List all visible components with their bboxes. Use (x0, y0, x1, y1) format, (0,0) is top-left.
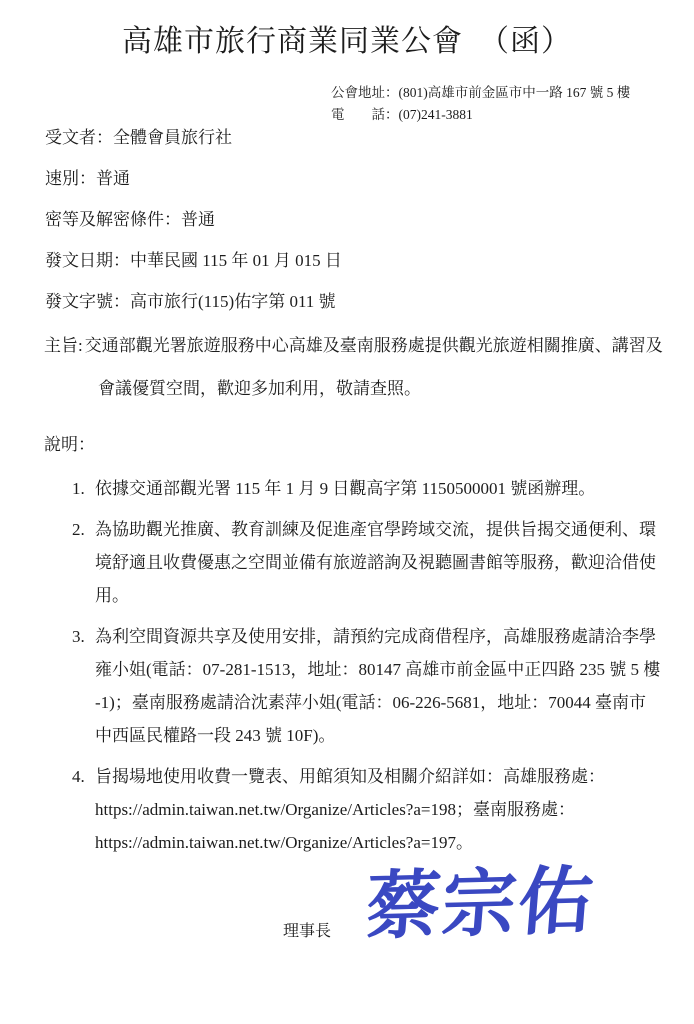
list-item-4: 4. 旨揭場地使用收費一覽表、用館須知及相關介紹詳如：高雄服務處： https:… (72, 760, 682, 859)
association-address: 公會地址：(801)高雄市前金區市中一路 167 號 5 樓 (331, 82, 694, 104)
list-item-3-line-2: 雍小姐(電話：07-281-1513，地址：80147 高雄市前金區中正四路 2… (95, 653, 682, 686)
association-phone: 電 話：(07)241-3881 (331, 104, 694, 126)
document-title: 高雄市旅行商業同業公會 （函） (0, 22, 694, 62)
chairman-signature: 蔡宗佑 (362, 846, 599, 964)
contact-block: 公會地址：(801)高雄市前金區市中一路 167 號 5 樓 電 話：(07)2… (331, 82, 694, 126)
list-item-3-line-3: -1)；臺南服務處請洽沈素萍小姐(電話：06-226-5681，地址：70044… (95, 686, 682, 719)
field-ref-number-label: 發文字號： (45, 292, 130, 311)
list-item-1: 1. 依據交通部觀光署 115 年 1 月 9 日觀高字第 1150500001… (72, 472, 682, 505)
subject-line-1: 主旨:交通部觀光署旅遊服務中心高雄及臺南服務處提供觀光旅遊相關推廣、講習及 (44, 333, 694, 359)
field-priority-value: 普通 (96, 169, 130, 188)
explanation-items: 1. 依據交通部觀光署 115 年 1 月 9 日觀高字第 1150500001… (0, 472, 694, 859)
field-recipient-value: 全體會員旅行社 (113, 128, 232, 147)
list-item-3-text: 為利空間資源共享及使用安排，請預約完成商借程序，高雄服務處請洽李學 雍小姐(電話… (95, 620, 682, 752)
field-recipient-label: 受文者： (45, 128, 113, 147)
list-item-1-line-1: 依據交通部觀光署 115 年 1 月 9 日觀高字第 1150500001 號函… (95, 472, 682, 505)
list-item-3-line-4: 中西區民權路一段 243 號 10F)。 (95, 719, 682, 752)
official-letter-page: 高雄市旅行商業同業公會 （函） 公會地址：(801)高雄市前金區市中一路 167… (0, 0, 694, 1024)
field-issue-date-label: 發文日期： (45, 251, 130, 270)
field-priority: 速別：普通 (45, 169, 694, 189)
field-priority-label: 速別： (45, 169, 96, 188)
field-security-label: 密等及解密條件： (45, 210, 181, 229)
field-security: 密等及解密條件：普通 (45, 210, 694, 230)
list-item-4-text: 旨揭場地使用收費一覽表、用館須知及相關介紹詳如：高雄服務處： https://a… (95, 760, 682, 859)
list-item-1-text: 依據交通部觀光署 115 年 1 月 9 日觀高字第 1150500001 號函… (95, 472, 682, 505)
explanation-label: 說明： (44, 432, 694, 458)
list-item-2-number: 2. (72, 513, 95, 546)
subject-label: 主旨: (44, 336, 83, 355)
subject-section: 主旨:交通部觀光署旅遊服務中心高雄及臺南服務處提供觀光旅遊相關推廣、講習及 會議… (44, 333, 694, 402)
field-recipient: 受文者：全體會員旅行社 (45, 128, 694, 148)
field-ref-number: 發文字號：高市旅行(115)佑字第 011 號 (45, 292, 694, 312)
field-ref-number-value: 高市旅行(115)佑字第 011 號 (130, 292, 336, 311)
list-item-2: 2. 為協助觀光推廣、教育訓練及促進產官學跨域交流，提供旨揭交通便利、環 境舒適… (72, 513, 682, 612)
list-item-4-line-2: https://admin.taiwan.net.tw/Organize/Art… (95, 793, 682, 826)
signature-position-title: 理事長 (283, 922, 331, 942)
list-item-4-line-1: 旨揭場地使用收費一覽表、用館須知及相關介紹詳如：高雄服務處： (95, 760, 682, 793)
list-item-3-number: 3. (72, 620, 95, 653)
subject-text-1: 交通部觀光署旅遊服務中心高雄及臺南服務處提供觀光旅遊相關推廣、講習及 (85, 336, 663, 355)
list-item-2-line-1: 為協助觀光推廣、教育訓練及促進產官學跨域交流，提供旨揭交通便利、環 (95, 513, 682, 546)
list-item-4-number: 4. (72, 760, 95, 793)
field-issue-date: 發文日期：中華民國 115 年 01 月 015 日 (45, 251, 694, 271)
list-item-1-number: 1. (72, 472, 95, 505)
subject-line-2: 會議優質空間，歡迎多加利用，敬請查照。 (44, 376, 694, 402)
list-item-2-line-2: 境舒適且收費優惠之空間並備有旅遊諮詢及視聽圖書館等服務，歡迎洽借使 (95, 546, 682, 579)
meta-fields: 受文者：全體會員旅行社 速別：普通 密等及解密條件：普通 發文日期：中華民國 1… (45, 128, 694, 312)
list-item-2-text: 為協助觀光推廣、教育訓練及促進產官學跨域交流，提供旨揭交通便利、環 境舒適且收費… (95, 513, 682, 612)
list-item-3-line-1: 為利空間資源共享及使用安排，請預約完成商借程序，高雄服務處請洽李學 (95, 620, 682, 653)
field-security-value: 普通 (181, 210, 215, 229)
field-issue-date-value: 中華民國 115 年 01 月 015 日 (130, 251, 342, 270)
list-item-3: 3. 為利空間資源共享及使用安排，請預約完成商借程序，高雄服務處請洽李學 雍小姐… (72, 620, 682, 752)
list-item-2-line-3: 用。 (95, 579, 682, 612)
